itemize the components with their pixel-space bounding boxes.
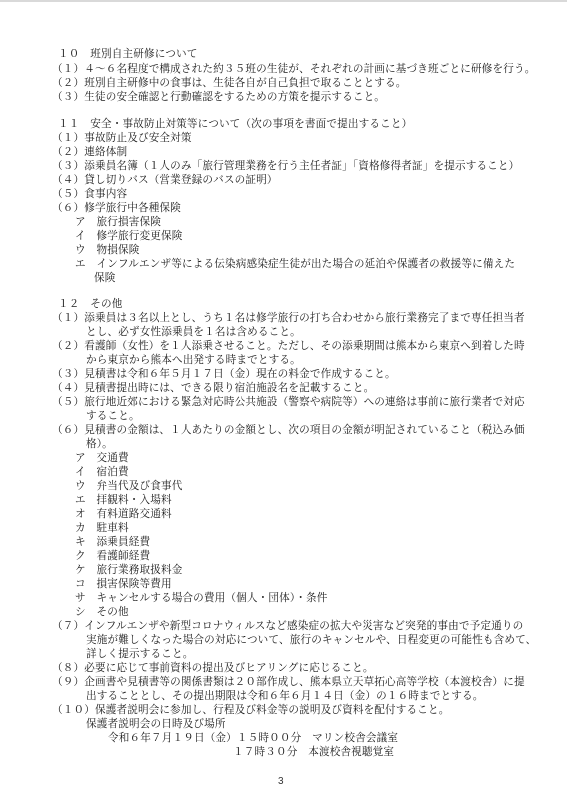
document-line: シ その他	[75, 606, 129, 620]
document-line: すること。	[86, 410, 140, 424]
document-line: イ 修学旅行変更保険	[75, 230, 182, 244]
document-line: （６）修学旅行中各種保険	[52, 202, 181, 216]
document-line: サ キャンセルする場合の費用（個人・団体）・条件	[75, 592, 328, 606]
document-line: （５）旅行地近郊における緊急対応時公共施設（警察や病院等）への連絡は事前に旅行業…	[52, 396, 525, 410]
document-line: カ 駐車料	[75, 522, 129, 536]
document-line: （２）看護師（女性）を１人添乗させること。ただし、その添乗期間は熊本から東京へ到…	[52, 340, 525, 354]
document-line: コ 損害保険等費用	[75, 578, 172, 592]
document-line: １７時３０分 本渡校舎視聴覚室	[233, 746, 394, 760]
document-line: ア 交通費	[75, 452, 129, 466]
document-line: 出することとし、その提出期限は令和６年６月１４日（金）の１６時までとする。	[86, 690, 484, 704]
document-line: 詳しく提示すること。	[86, 648, 193, 662]
document-line: （３）生徒の安全確認と行動確認をするための方策を提示すること。	[52, 91, 385, 105]
document-line: （４）貸し切りバス（営業登録のバスの証明）	[52, 174, 278, 188]
document-line: 実施が難しくなった場合の対応について、旅行のキャンセルや、日程変更の可能性も含め…	[86, 634, 536, 648]
document-line: （５）食事内容	[52, 188, 127, 202]
document-line: （６）見積書の金額は、１人あたりの金額とし、次の項目の金額が明記されていること（…	[52, 424, 525, 438]
document-line: （１０）保護者説明会に参加し、行程及び料金等の説明及び資料を配付すること。	[52, 704, 450, 718]
document-line: 令和６年７月１９日（金）１５時００分 マリン校舎会議室	[108, 732, 398, 746]
document-line: とし、必ず女性添乗員を１名は含めること。	[86, 326, 301, 340]
document-line: 保護者説明会の日時及び場所	[86, 718, 226, 732]
document-line: 保険	[94, 272, 116, 286]
document-line: （８）必要に応じて事前資料の提出及びヒアリングに応じること。	[52, 662, 374, 676]
document-line: （２）連絡体制	[52, 146, 127, 160]
document-line: （１）事故防止及び安全対策	[52, 132, 192, 146]
document-line: （９）企画書や見積書等の関係書類は２０部作成し、熊本県立天草拓心高等学校（本渡校…	[52, 676, 525, 690]
document-line: ウ 弁当代及び食事代	[75, 480, 182, 494]
document-line: １０ 班別自主研修について	[58, 48, 197, 62]
document-line: （７）インフルエンザや新型コロナウィルスなど感染症の拡大や災害など突発的事由で予…	[52, 620, 523, 634]
document-line: （３）見積書は令和６年５月１７日（金）現在の料金で作成すること。	[52, 368, 396, 382]
document-line: ウ 物損保険	[75, 244, 139, 258]
document-line: オ 有料道路交通料	[75, 508, 172, 522]
document-line: キ 添乗員経費	[75, 536, 150, 550]
page-number: 3	[278, 776, 284, 787]
document-line: （２）班別自主研修中の食事は、生徒各自が自己負担で取ることとする。	[52, 77, 407, 91]
document-line: ク 看護師経費	[75, 550, 150, 564]
document-line: 格）。	[86, 438, 113, 452]
document-line: １１ 安全・事故防止対策等について（次の事項を書面で提出すること）	[58, 118, 412, 132]
document-line: （１）添乗員は３名以上とし、うち１名は修学旅行の打ち合わせから旅行業務完了まで専…	[52, 312, 525, 326]
document-line: １２ その他	[58, 298, 122, 312]
document-line: イ 宿泊費	[75, 466, 129, 480]
document-line: （１）４～６名程度で構成された約３５班の生徒が、それぞれの計画に基づき班ごとに研…	[52, 63, 535, 77]
document-line: から東京から熊本へ出発する時までとする。	[86, 354, 301, 368]
document-page: １０ 班別自主研修について（１）４～６名程度で構成された約３５班の生徒が、それぞ…	[0, 0, 567, 800]
document-line: ケ 旅行業務取扱料金	[75, 564, 182, 578]
document-line: エ 拝観料・入場料	[75, 494, 172, 508]
document-line: エ インフルエンザ等による伝染病感染症生徒が出た場合の延泊や保護者の救援等に備え…	[75, 258, 515, 272]
document-line: （４）見積書提出時には、できる限り宿泊施設名を記載すること。	[52, 382, 374, 396]
document-line: ア 旅行損害保険	[75, 216, 161, 230]
document-line: （３）添乗員名簿（１人のみ「旅行管理業務を行う主任者証」「資格修得者証」を提示す…	[52, 160, 519, 174]
